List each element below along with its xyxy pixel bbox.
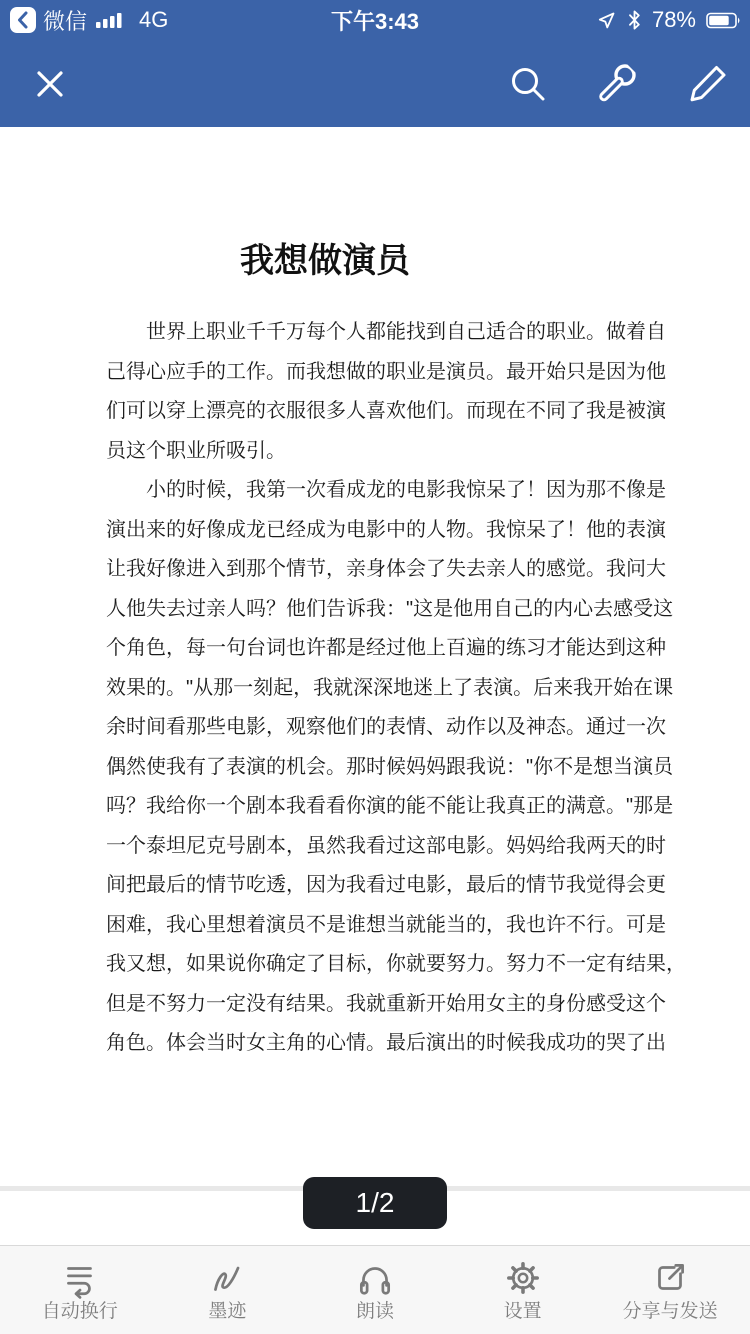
text-line: 间把最后的情节吃透，因为我看过电影，最后的情节我觉得会更 xyxy=(106,866,660,906)
text-line: 余时间看那些电影，观察他们的表情、动作以及神态。通过一次 xyxy=(106,708,660,748)
text-line: 让我好像进入到那个情节，亲身体会了失去亲人的感觉。我问大 xyxy=(106,550,660,590)
bottom-toolbar: 自动换行 墨迹 朗读 xyxy=(0,1245,750,1334)
close-icon xyxy=(28,62,72,106)
text-line: 个角色，每一句台词也许都是经过他上百遍的练习才能达到这种 xyxy=(106,629,660,669)
text-line: 演出来的好像成龙已经成为电影中的人物。我惊呆了！他的表演 xyxy=(106,511,660,551)
document-toolbar xyxy=(0,40,750,127)
toolbar-item-label: 设置 xyxy=(504,1301,542,1323)
gear-icon xyxy=(502,1257,544,1299)
text-line: 但是不努力一定没有结果。我就重新开始用女主的身份感受这个 xyxy=(106,985,660,1025)
status-bar: 微信 4G 下午3:43 xyxy=(0,0,750,40)
text-line: 己得心应手的工作。而我想做的职业是演员。最开始只是因为他 xyxy=(106,353,660,393)
document-page[interactable]: 我想做演员 世界上职业千千万每个人都能找到自己适合的职业。做着自己得心应手的工作… xyxy=(0,127,750,1245)
search-icon xyxy=(505,61,551,107)
pencil-icon xyxy=(685,61,731,107)
text-line: 一个泰坦尼克号剧本，虽然我看过这部电影。妈妈给我两天的时 xyxy=(106,827,660,867)
text-line: 世界上职业千千万每个人都能找到自己适合的职业。做着自 xyxy=(106,313,660,353)
edit-button[interactable] xyxy=(680,56,736,112)
wrap-text-icon xyxy=(59,1257,101,1299)
toolbar-item-label: 自动换行 xyxy=(42,1301,118,1323)
wrench-icon xyxy=(595,61,641,107)
screen: 微信 4G 下午3:43 xyxy=(0,0,750,1334)
share-icon xyxy=(649,1257,691,1299)
document-body: 世界上职业千千万每个人都能找到自己适合的职业。做着自己得心应手的工作。而我想做的… xyxy=(106,313,660,1064)
app-header: 微信 4G 下午3:43 xyxy=(0,0,750,127)
headphones-icon xyxy=(354,1257,396,1299)
text-line: 角色。体会当时女主角的心情。最后演出的时候我成功的哭了出 xyxy=(106,1024,660,1064)
page-indicator-badge: 1/2 xyxy=(303,1177,447,1229)
settings-button[interactable]: 设置 xyxy=(449,1246,597,1334)
ink-icon xyxy=(206,1257,248,1299)
battery-icon xyxy=(706,12,742,29)
share-send-button[interactable]: 分享与发送 xyxy=(596,1246,744,1334)
text-line: 小的时候，我第一次看成龙的电影我惊呆了！因为那不像是 xyxy=(106,471,660,511)
text-line: 偶然使我有了表演的机会。那时候妈妈跟我说："你不是想当演员 xyxy=(106,748,660,788)
text-line: 吗？我给你一个剧本我看看你演的能不能让我真正的满意。"那是 xyxy=(106,787,660,827)
tools-button[interactable] xyxy=(590,56,646,112)
ink-button[interactable]: 墨迹 xyxy=(154,1246,302,1334)
battery-percent: 78% xyxy=(652,7,696,33)
text-line: 困难，我心里想着演员不是谁想当就能当的，我也许不行。可是 xyxy=(106,906,660,946)
read-aloud-button[interactable]: 朗读 xyxy=(301,1246,449,1334)
location-arrow-icon xyxy=(596,10,617,31)
toolbar-item-label: 朗读 xyxy=(356,1301,394,1323)
toolbar-item-label: 分享与发送 xyxy=(623,1301,718,1323)
text-line: 们可以穿上漂亮的衣服很多人喜欢他们。而现在不同了我是被演 xyxy=(106,392,660,432)
text-line: 员这个职业所吸引。 xyxy=(106,432,660,472)
auto-wrap-button[interactable]: 自动换行 xyxy=(6,1246,154,1334)
document-title: 我想做演员 xyxy=(0,237,650,285)
bluetooth-icon xyxy=(627,9,642,31)
search-button[interactable] xyxy=(500,56,556,112)
text-line: 人他失去过亲人吗？他们告诉我："这是他用自己的内心去感受这 xyxy=(106,590,660,630)
text-line: 效果的。"从那一刻起，我就深深地迷上了表演。后来我开始在课 xyxy=(106,669,660,709)
text-line: 我又想，如果说你确定了目标，你就要努力。努力不一定有结果， xyxy=(106,945,660,985)
close-button[interactable] xyxy=(22,56,78,112)
toolbar-item-label: 墨迹 xyxy=(208,1301,246,1323)
